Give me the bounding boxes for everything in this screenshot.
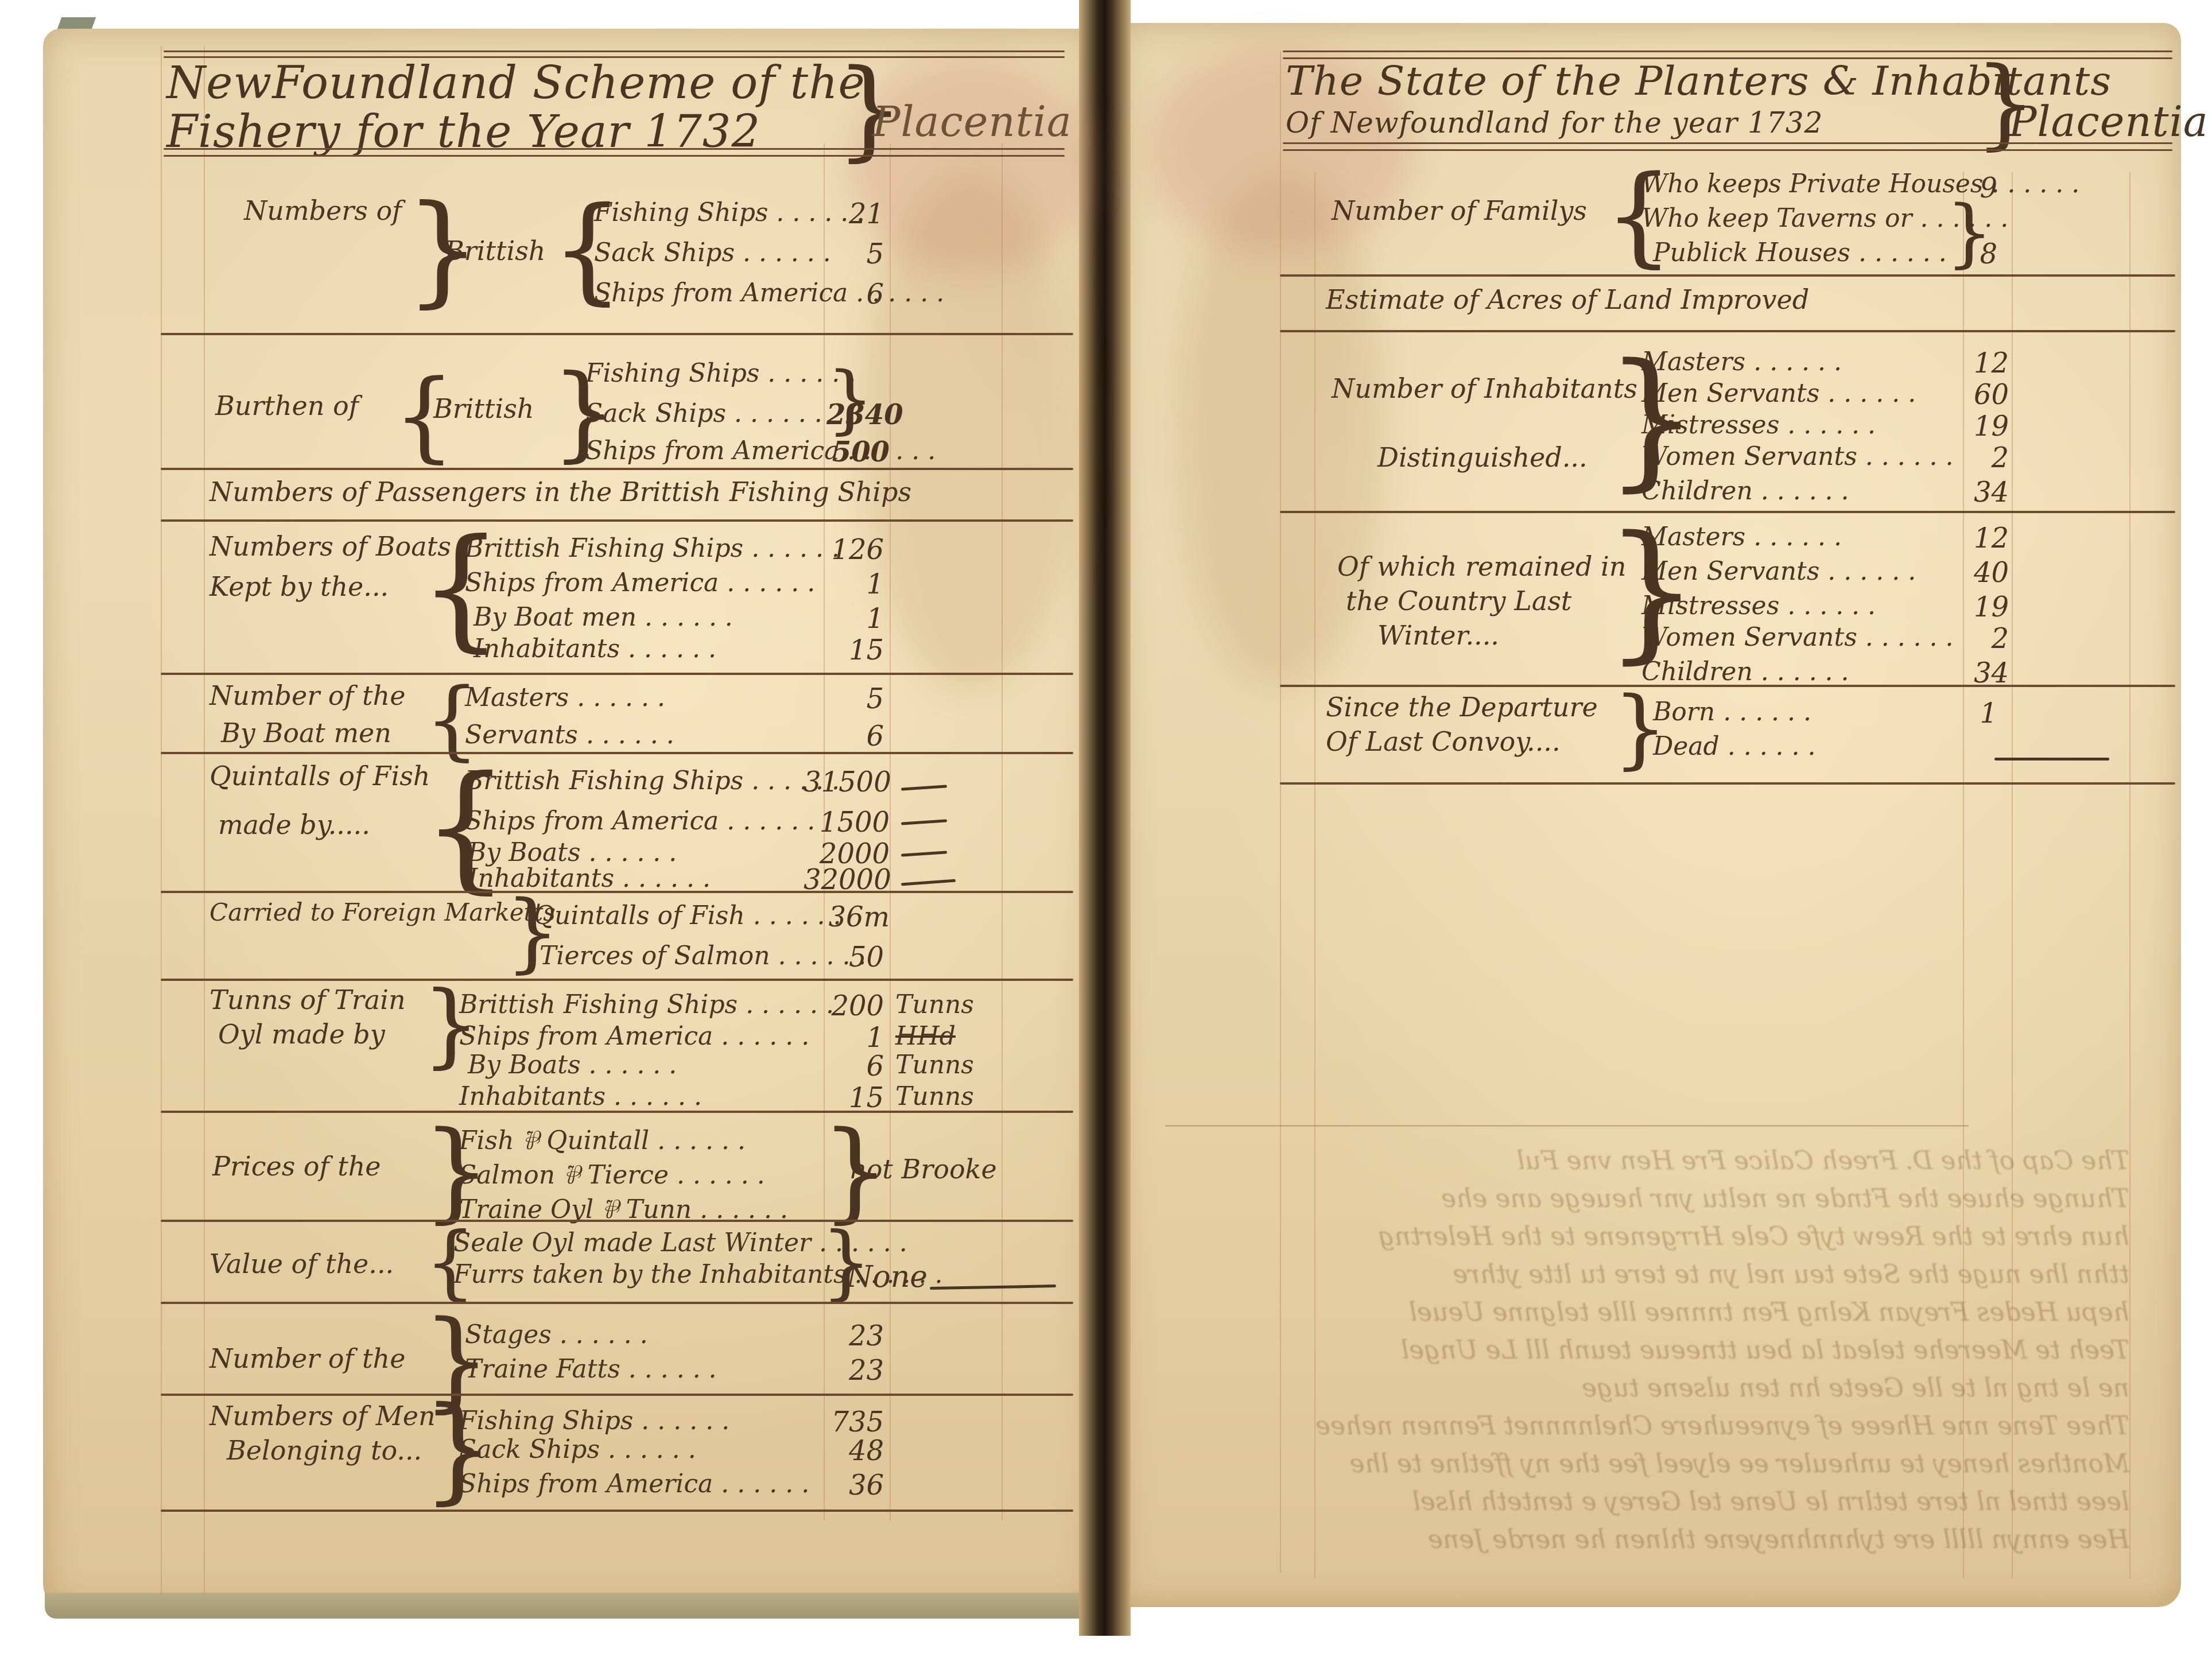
item-value: 8 [1963, 238, 1997, 270]
item-value: 1 [826, 1022, 884, 1054]
item-name: Masters . . . . . . [465, 683, 665, 712]
item-value: 6 [826, 720, 884, 752]
item-value: 1 [826, 568, 884, 600]
item-value: 31500 [804, 766, 890, 798]
item-name: Mistresses . . . . . . [1641, 591, 1876, 620]
group-label: Brittish [433, 393, 534, 424]
section-label: Carried to Foreign Marketts [209, 898, 556, 926]
item-value: 36m [826, 901, 890, 933]
item-value: 126 [826, 534, 884, 566]
section-label: Numbers of Passengers in the Brittish Fi… [209, 476, 911, 507]
column-rule [2129, 172, 2130, 1578]
item-value: 48 [826, 1435, 884, 1467]
section-label: Prices of the [212, 1151, 381, 1182]
item-name: Dead . . . . . . [1653, 732, 1816, 761]
item-value: 23 [826, 1320, 884, 1352]
section-label: Winter.... [1377, 620, 1499, 651]
item-value: 60 [1963, 379, 2009, 411]
item-value: 6 [838, 278, 884, 311]
section-label: Of Last Convoy.... [1326, 726, 1561, 757]
section-label: Number of the [209, 680, 405, 711]
faint-rule [1165, 1125, 1969, 1127]
section-rule [161, 1302, 1073, 1304]
item-name: Servants . . . . . . [465, 720, 674, 750]
item-name: Ships from America . . . . . . [465, 806, 815, 836]
section-label: Number of Inhabitants [1332, 373, 1637, 404]
section-label: Value of the... [209, 1248, 394, 1279]
flourish-mark [1994, 758, 2109, 760]
item-value: 5 [826, 683, 884, 715]
header-rule [164, 51, 1065, 52]
item-value: 500 [826, 436, 890, 468]
item-value: 50 [826, 941, 884, 973]
item-value: 36 [826, 1469, 884, 1501]
item-value: 40 [1963, 557, 2009, 589]
item-value: 19 [1963, 591, 2009, 623]
column-rule [890, 143, 891, 1521]
unit-label: Tunns [895, 1050, 974, 1080]
item-value: 34 [1963, 476, 2009, 509]
item-value: 2340 [826, 399, 890, 431]
item-name: Who keeps Private Houses . . . . . . [1641, 169, 2079, 199]
item-name: Sack Ships . . . . . . [585, 399, 822, 428]
unit-label: Tunns [895, 990, 974, 1019]
item-name: Sack Ships . . . . . . [594, 238, 831, 267]
item-value: 5 [838, 238, 884, 270]
item-name: Fishing Ships . . . . . . [594, 198, 864, 227]
right-place-name: Placentia [2009, 98, 2209, 146]
section-label: Since the Departure [1326, 692, 1598, 723]
section-rule [161, 1220, 1073, 1222]
section-rule [161, 468, 1073, 470]
unit-label: HHd [895, 1022, 956, 1051]
left-title-line1: NewFoundland Scheme of the [166, 57, 866, 109]
section-label: Numbers of [244, 195, 402, 226]
item-name: Ships from America . . . . . . [594, 278, 944, 308]
section-label: Numbers of Men [209, 1400, 436, 1431]
item-name: Stages . . . . . . [465, 1320, 648, 1349]
value-note: None [847, 1260, 928, 1294]
item-value: 200 [826, 990, 884, 1022]
item-name: Fishing Ships . . . . . . [459, 1406, 729, 1435]
item-value: 6 [826, 1050, 884, 1082]
item-name: Men Servants . . . . . . [1641, 557, 1916, 586]
section-rule [161, 979, 1073, 981]
section-rule [1280, 274, 2175, 277]
cover-bottom-edge [45, 1593, 1095, 1619]
item-name: Fish ⅌ Quintall . . . . . . [459, 1122, 746, 1157]
margin-rule [161, 46, 162, 1596]
item-name: Ships from America . . . . . . [459, 1022, 809, 1051]
item-name: Children . . . . . . [1641, 657, 1849, 686]
item-name: By Boat men . . . . . . [474, 603, 733, 632]
item-name: Brittish Fishing Ships . . . . . . [465, 534, 840, 563]
item-name: By Boats . . . . . . [468, 838, 677, 867]
section-label: By Boat men [221, 717, 391, 748]
item-value: 2 [1963, 623, 2009, 655]
group-label: Brittish [445, 235, 545, 266]
section-label: made by..... [218, 809, 370, 840]
item-name: Women Servants . . . . . . [1641, 442, 1954, 471]
prices-note: not Brooke [849, 1154, 997, 1185]
section-label: Tunns of Train [209, 984, 406, 1015]
section-label: Number of Familys [1332, 195, 1587, 226]
header-rule [164, 148, 1065, 150]
item-name: Brittish Fishing Ships . . . . . . [459, 990, 834, 1019]
section-label: Burthen of [215, 390, 359, 421]
bleed-through-text: The Cap of the D. Freeh Calice Fre Hen v… [1154, 1142, 2129, 1578]
section-rule [161, 752, 1073, 754]
section-label: Distinguished... [1377, 442, 1588, 473]
section-rule [1280, 782, 2175, 785]
section-rule [1280, 685, 2175, 687]
item-name: Fishing Ships . . . . . . [585, 359, 856, 388]
item-name: Inhabitants . . . . . . [468, 864, 711, 893]
header-rule [1283, 51, 2172, 52]
item-value: 15 [826, 634, 884, 666]
item-name: Publick Houses . . . . . . [1653, 238, 1947, 267]
item-name: Tierces of Salmon . . . . . . [540, 941, 866, 971]
open-ledger-book: NewFoundland Scheme of the Fishery for t… [0, 0, 2212, 1653]
header-rule [164, 155, 1065, 157]
section-rule [1280, 511, 2175, 513]
section-label: Number of the [209, 1343, 405, 1374]
header-rule [1283, 142, 2172, 144]
item-value: 735 [826, 1406, 884, 1438]
item-value: 1500 [804, 806, 890, 839]
item-value: 21 [838, 198, 884, 230]
column-rule [1002, 143, 1003, 1521]
item-name: Men Servants . . . . . . [1641, 379, 1916, 408]
section-label: Quintalls of Fish [209, 760, 430, 791]
item-name: Ships from America . . . . . . [465, 568, 815, 597]
item-name: Quintalls of Fish . . . . . . [534, 901, 841, 930]
item-name: Women Servants . . . . . . [1641, 623, 1954, 652]
left-place-name: Placentia [872, 98, 1072, 146]
item-name: By Boats . . . . . . [468, 1050, 677, 1080]
item-name: Mistresses . . . . . . [1641, 410, 1876, 440]
unit-label: Tunns [895, 1082, 974, 1111]
section-label: the Country Last [1346, 585, 1571, 616]
left-title-line2: Fishery for the Year 1732 [166, 106, 760, 158]
section-rule [161, 1394, 1073, 1396]
item-name: Inhabitants . . . . . . [474, 634, 716, 663]
item-value: 12 [1963, 522, 2009, 554]
item-name: Traine Fatts . . . . . . [465, 1355, 717, 1384]
section-label: Oyl made by [218, 1019, 385, 1050]
right-title-line2: Of Newfoundland for the year 1732 [1286, 106, 1823, 139]
item-value: 1 [826, 603, 884, 635]
item-name: Inhabitants . . . . . . [459, 1082, 702, 1111]
item-name: Sack Ships . . . . . . [459, 1435, 696, 1464]
section-label: Belonging to... [227, 1435, 422, 1466]
section-rule [161, 519, 1073, 522]
section-label: Of which remained in [1337, 551, 1626, 582]
item-value: 2 [1963, 442, 2009, 474]
book-spine-gutter [1079, 0, 1131, 1636]
item-name: Salmon ⅌ Tierce . . . . . . [459, 1157, 765, 1191]
margin-rule [204, 46, 205, 1596]
item-name: Brittish Fishing Ships . . . . . . [465, 766, 840, 796]
item-name: Masters . . . . . . [1641, 347, 1842, 377]
section-rule [1280, 330, 2175, 332]
item-value: 12 [1963, 347, 2009, 379]
item-name: Children . . . . . . [1641, 476, 1849, 506]
item-name: Masters . . . . . . [1641, 522, 1842, 552]
section-rule [161, 673, 1073, 675]
item-value: 9 [1963, 172, 1997, 204]
section-rule [161, 1111, 1073, 1113]
item-name: Born . . . . . . [1653, 697, 1811, 727]
header-rule [1283, 149, 2172, 151]
item-value: 1 [1963, 697, 1997, 730]
section-rule [161, 333, 1073, 335]
section-label: Numbers of Boats [209, 531, 451, 562]
item-value: 19 [1963, 410, 2009, 443]
section-label: Estimate of Acres of Land Improved [1326, 284, 1809, 315]
section-label: Kept by the... [209, 571, 389, 602]
section-rule [161, 1510, 1073, 1512]
section-rule [161, 891, 1073, 893]
item-name: Ships from America . . . . . . [459, 1469, 809, 1499]
item-value: 23 [826, 1355, 884, 1387]
